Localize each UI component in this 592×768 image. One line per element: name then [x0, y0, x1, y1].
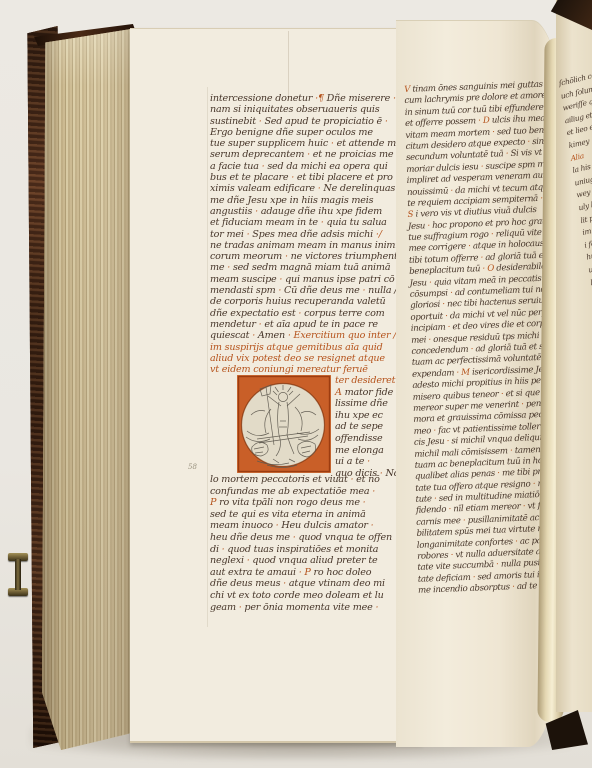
ink-run: · [385, 116, 388, 127]
ink-run: qui manus ipse patri cō [285, 274, 394, 285]
ink-run: sed da michi ea opera qui [267, 161, 387, 172]
ink-run: ihu xpe ec [335, 410, 383, 421]
ink-run: D [483, 116, 492, 126]
manuscript-line: tue super supplicem huic · et attende mi [210, 138, 406, 149]
ink-run: Amen [258, 330, 288, 341]
ink-run: quod tuas inspiratiōes et monita [227, 544, 378, 555]
ink-run: robores [417, 551, 451, 562]
ink-run: mee corrigere [408, 242, 468, 254]
manuscript-line: mendasti spm · Cū dñe deus me · nulla / [210, 285, 406, 296]
left-column-upper: intercessione donetur ·¶ Dñe miserere · … [210, 93, 406, 375]
ink-run: S [407, 210, 415, 220]
ink-run: et aīa apud te in pace re [264, 319, 377, 330]
ink-run: sed te qui es vita eterna in animā [210, 509, 366, 520]
ink-run: Ne derelinquas [323, 183, 395, 194]
ink-run: Ergo benigne dñe super oculos me [210, 127, 373, 138]
manuscript-line: dñe expectatio est · corpus terre com [210, 308, 406, 319]
manuscript-line: Ergo benigne dñe super oculos me [210, 127, 406, 138]
manuscript-line: sustinebit · Sed apud te propiciatio ē · [210, 116, 406, 127]
manuscript-line: angustiis · adauge dñe ihu xpe fidem [210, 206, 406, 217]
ink-run: ne tradas animam meam in manus inimi [210, 240, 398, 251]
ink-run: mendetur [210, 319, 259, 330]
manuscript-line: bus et te placare · et tibi placere et p… [210, 172, 406, 183]
manuscript-line: geam · per ōnia momenta vite mee · [210, 602, 414, 614]
manuscript-line: meam suscipe · qui manus ipse patri cō [210, 274, 406, 285]
ink-run: oportuit [410, 311, 445, 322]
manuscript-line: serum deprecantem · et ne proicias me [210, 149, 406, 160]
ink-run: Alia [570, 151, 584, 163]
ink-run: offendisse [335, 433, 382, 444]
ink-run: et attende mi [337, 138, 399, 149]
ink-run: meo [414, 426, 434, 437]
ink-run: · Exercitium quo inter / [288, 330, 396, 341]
ink-run: per ōnia momenta vite mee [244, 602, 375, 613]
resurrection-engraving [237, 375, 331, 473]
ink-run: et ne proicias me [313, 149, 394, 160]
next-page-text-fragments: ſchōlich corde uch ſolung I weriſſe qui … [558, 62, 592, 575]
ink-run: kimey [568, 136, 590, 150]
ink-run: ·¶ [315, 93, 327, 104]
folio-number: 58 [188, 463, 197, 471]
ink-run: aut extra te amaui [210, 567, 299, 578]
ink-run: ro hoc doleo [314, 567, 372, 578]
left-column-lower: lo mortem peccatoris et viuat · et nō co… [210, 474, 414, 613]
ink-run: nam si iniquitates obseruaueris quis [210, 104, 379, 115]
clasp-post [15, 559, 21, 590]
manuscript-line: vt eidem coniungi mereatur feruē [210, 364, 406, 375]
ink-run: quod vnqua te offen [298, 532, 392, 543]
ink-run: P [304, 567, 313, 578]
manuscript-line: quiescat · Amen · Exercitium quo inter / [210, 330, 406, 341]
ink-run: lissime dñe [335, 398, 388, 409]
manuscript-line: aliud vix potest deo se resignet atque [210, 353, 406, 364]
ink-run: et tibi placere et pro [297, 172, 393, 183]
ink-run: ad gloriā tuā et [485, 251, 547, 263]
manuscript-line: confundas me ab expectatiōe mea · [210, 486, 414, 498]
ink-run: Sed apud te propiciatio ē [264, 116, 384, 127]
ink-run: atque vtinam deo mi [289, 578, 385, 589]
ink-run: incipiam [411, 323, 448, 334]
ink-run: tate deficiam [418, 572, 473, 584]
ink-run: ter desideret · [335, 375, 401, 386]
ink-run: quia tu salua [326, 217, 386, 228]
manuscript-photo: { "palette": { "ink_black": "#47362a", "… [0, 0, 592, 768]
ink-run: Si vis vt [510, 148, 542, 159]
ink-run: bus et te placare [210, 172, 291, 183]
ink-run: M [461, 367, 472, 377]
ink-run: mei [411, 335, 429, 346]
ink-run: meam suscipe [210, 274, 279, 285]
manuscript-line: aut extra te amaui · P ro hoc doleo [210, 567, 414, 579]
ink-run: sed sedm magnā miam tuā animā [233, 262, 390, 273]
manuscript-line: de corporis huius recuperanda valetū [210, 296, 406, 307]
ink-run: ad te sepe [335, 421, 383, 432]
ink-run: me dñe Jesu xpe in hiis magis meis [210, 195, 373, 206]
ink-run: carnis mee [416, 516, 463, 528]
ink-run: de corporis huius recuperanda valetū [210, 296, 385, 307]
ink-run: ui a te [335, 456, 367, 467]
ink-run: tor mei [210, 229, 247, 240]
ink-run: Spes mea dñe adsis michi [252, 229, 376, 240]
ink-run: mator fide [345, 387, 394, 398]
ink-run: corum meorum [210, 251, 285, 262]
manuscript-line: nam si iniquitates obseruaueris quis [210, 104, 406, 115]
ink-run: ximis valeam edificare [210, 183, 318, 194]
ink-run: chi vt ex toto corde meo doleam et lu [210, 590, 384, 601]
ink-run: intercessione donetur [210, 93, 315, 104]
ink-run: corpus terre com [304, 308, 385, 319]
manuscript-line: neglexi · quod vnqua aliud preter te [210, 555, 414, 567]
ink-run: vt eidem coniungi mereatur feruē [210, 364, 368, 375]
ink-run: desiderabilē [496, 262, 546, 274]
manuscript-line: sed te qui es vita eterna in animā [210, 509, 414, 521]
ink-run: tute [415, 494, 434, 505]
manuscript-line: dñe deus meus · atque vtinam deo mi [210, 578, 414, 590]
ink-run: lo mortem peccatoris et viuat [210, 474, 350, 485]
ink-run: dñe deus meus [210, 578, 283, 589]
ink-run: Heu dulcis amator [281, 520, 370, 531]
ink-run: · [371, 520, 374, 531]
ink-run: quiescat [210, 330, 252, 341]
ink-run: · [363, 497, 366, 508]
manuscript-line: chi vt ex toto corde meo doleam et lu [210, 590, 414, 602]
ink-run: di [210, 544, 222, 555]
manuscript-line: me · sed sedm magnā miam tuā animā [210, 262, 406, 273]
next-page-sliver: ſchōlich corde uch ſolung I weriſſe qui … [556, 0, 592, 712]
manuscript-line: tor mei · Spes mea dñe adsis michi ·/ [210, 229, 406, 240]
ink-run: cis Jesu [414, 437, 447, 448]
ink-run: tue super supplicem huic [210, 138, 331, 149]
ink-run: serum deprecantem [210, 149, 307, 160]
ink-run: Jesu [408, 221, 428, 232]
ink-run: · [375, 602, 378, 613]
manuscript-line: intercessione donetur ·¶ Dñe miserere · [210, 93, 406, 104]
ink-run: angustiis [210, 206, 255, 217]
ink-run: nulla / [368, 285, 397, 296]
manuscript-line: di · quod tuas inspiratiōes et monita [210, 544, 414, 556]
ink-run: et nō [356, 474, 380, 485]
ink-run: quod vnqua aliud preter te [252, 555, 377, 566]
ink-run: adauge dñe ihu xpe fidem [261, 206, 382, 217]
manuscript-line: a facie tua · sed da michi ea opera qui [210, 161, 406, 172]
ink-run: heu dñe deus me [210, 532, 293, 543]
ink-run: Cū dñe deus me [284, 285, 362, 296]
ink-run: me elonga [335, 445, 384, 456]
manuscript-line: P ro vita tpāli non rogo deus me · [210, 497, 414, 509]
manuscript-line: et fiduciam meam in te · quia tu salua [210, 217, 406, 228]
ink-run: aliud vix potest deo se resignet atque [210, 353, 385, 364]
ink-run: concedendum [411, 345, 471, 357]
manuscript-line: ne tradas animam meam in manus inimi [210, 240, 406, 251]
ruling-line [207, 87, 208, 627]
ink-run: me [210, 262, 227, 273]
manuscript-line: im suspirijs atque gemitibus aīa quid [210, 342, 406, 353]
ink-run: im suspirijs atque gemitibus aīa quid [210, 342, 383, 353]
ink-run: A [335, 387, 345, 398]
ink-run: · [372, 486, 375, 497]
page-crease [288, 31, 289, 101]
ink-run: Dñe miserere [327, 93, 393, 104]
left-page: intercessione donetur ·¶ Dñe miserere · … [130, 28, 422, 743]
ink-run: P [210, 497, 219, 508]
ink-run: geam [210, 602, 239, 613]
resurrection-miniature [237, 375, 331, 473]
manuscript-line: lo mortem peccatoris et viuat · et nō [210, 474, 414, 486]
ink-run: suscipe spm me [485, 159, 550, 171]
ink-run: neglexi [210, 555, 247, 566]
ink-run: mendasti spm [210, 285, 278, 296]
ink-run: · [367, 456, 370, 467]
ink-run: fidendo [416, 505, 449, 516]
clasp-fitting [6, 550, 32, 602]
ink-run: expendam [412, 368, 457, 380]
ink-run: a facie tua [210, 161, 262, 172]
ink-run: ro vita tpāli non rogo deus me [219, 497, 363, 508]
ink-run: O [487, 264, 496, 274]
ink-run: ne victores triumphent de [291, 251, 412, 262]
ink-run: et fiduciam meam in te [210, 217, 321, 228]
manuscript-line: ximis valeam edificare · Ne derelinquas [210, 183, 406, 194]
ink-run: dñe expectatio est [210, 308, 298, 319]
ink-run: gloriosi [410, 300, 442, 311]
ink-run: ·/ [376, 229, 382, 240]
ink-run: meam inuoco [210, 520, 276, 531]
ink-run: sustinebit [210, 116, 259, 127]
ink-run: reliquū vite [496, 228, 542, 240]
ink-run: Jesu [409, 278, 429, 289]
ink-run: nouissimū [407, 186, 451, 198]
manuscript-line: corum meorum · ne victores triumphent de [210, 251, 406, 262]
manuscript-line: mendetur · et aīa apud te in pace re [210, 319, 406, 330]
manuscript-line: meam inuoco · Heu dulcis amator · [210, 520, 414, 532]
ink-run: cōsumpsi [410, 288, 451, 300]
ink-run: confundas me ab expectatiōe mea [210, 486, 372, 497]
manuscript-line: heu dñe deus me · quod vnqua te offen [210, 532, 414, 544]
manuscript-line: me dñe Jesu xpe in hiis magis meis [210, 195, 406, 206]
